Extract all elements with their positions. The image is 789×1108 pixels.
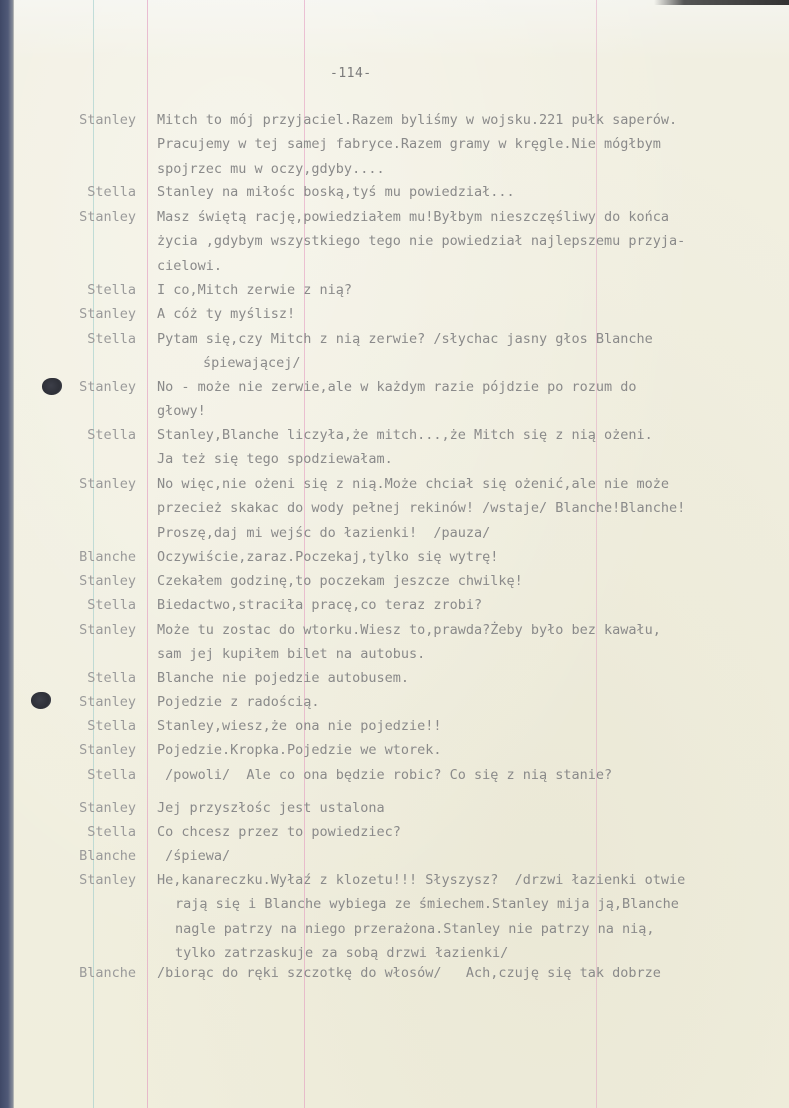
speech-line: Proszę,daj mi wejśc do łazienki! /pauza/	[157, 521, 787, 545]
speech-line: Pojedzie.Kropka.Pojedzie we wtorek.	[157, 738, 787, 762]
speech-line: Jej przyszłośc jest ustalona	[157, 796, 787, 820]
speech-line: przecież skakac do wody pełnej rekinów! …	[157, 496, 787, 520]
speech-text: Pojedzie z radością.	[157, 690, 787, 714]
speech-text: Może tu zostac do wtorku.Wiesz to,prawda…	[157, 618, 787, 667]
speech-line: /śpiewa/	[157, 844, 787, 868]
speech-line: A cóż ty myślisz!	[157, 302, 787, 326]
speech-text: Biedactwo,straciła pracę,co teraz zrobi?	[157, 593, 787, 617]
speech-text: A cóż ty myślisz!	[157, 302, 787, 326]
speech-line: nagle patrzy na niego przerażona.Stanley…	[157, 917, 787, 941]
speaker-name: Stanley	[0, 618, 136, 642]
speech-line: sam jej kupiłem bilet na autobus.	[157, 642, 787, 666]
speech-line: No więc,nie ożeni się z nią.Może chciał …	[157, 472, 787, 496]
typewritten-page: -114- StanleyMitch to mój przyjaciel.Raz…	[0, 0, 789, 1108]
speech-text: Co chcesz przez to powiedziec?	[157, 820, 787, 844]
speaker-name: Stella	[0, 278, 136, 302]
speech-text: Mitch to mój przyjaciel.Razem byliśmy w …	[157, 108, 787, 181]
speech-line: /powoli/ Ale co ona będzie robic? Co się…	[157, 763, 787, 787]
speech-text: /śpiewa/	[157, 844, 787, 868]
speech-line: Pracujemy w tej samej fabryce.Razem gram…	[157, 132, 787, 156]
speech-text: Pytam się,czy Mitch z nią zerwie? /słych…	[157, 327, 787, 376]
speech-text: /powoli/ Ale co ona będzie robic? Co się…	[157, 763, 787, 787]
speaker-name: Stella	[0, 593, 136, 617]
speech-text: Jej przyszłośc jest ustalona	[157, 796, 787, 820]
speech-text: No więc,nie ożeni się z nią.Może chciał …	[157, 472, 787, 545]
speaker-name: Stanley	[0, 205, 136, 229]
speaker-name: Stanley	[0, 302, 136, 326]
speech-line: Pojedzie z radością.	[157, 690, 787, 714]
speech-text: Oczywiście,zaraz.Poczekaj,tylko się wytr…	[157, 545, 787, 569]
speaker-name: Stanley	[0, 690, 136, 714]
speech-line: Ja też się tego spodziewałam.	[157, 447, 787, 471]
speech-text: /biorąc do ręki szczotkę do włosów/ Ach,…	[157, 961, 787, 985]
speaker-name: Stanley	[0, 796, 136, 820]
speech-line: Czekałem godzinę,to poczekam jeszcze chw…	[157, 569, 787, 593]
speech-text: Pojedzie.Kropka.Pojedzie we wtorek.	[157, 738, 787, 762]
speech-text: Stanley,wiesz,że ona nie pojedzie!!	[157, 714, 787, 738]
speech-line: /biorąc do ręki szczotkę do włosów/ Ach,…	[157, 961, 787, 985]
speaker-name: Stella	[0, 820, 136, 844]
speech-text: I co,Mitch zerwie z nią?	[157, 278, 787, 302]
speech-line: Stanley,wiesz,że ona nie pojedzie!!	[157, 714, 787, 738]
speaker-name: Stella	[0, 666, 136, 690]
speaker-name: Stella	[0, 327, 136, 351]
speech-line: rają się i Blanche wybiega ze śmiechem.S…	[157, 892, 787, 916]
speech-line: No - może nie zerwie,ale w każdym razie …	[157, 375, 787, 399]
speaker-name: Stanley	[0, 375, 136, 399]
speech-text: Stanley na miłośc boską,tyś mu powiedzia…	[157, 180, 787, 204]
speaker-name: Stella	[0, 423, 136, 447]
speech-text: Blanche nie pojedzie autobusem.	[157, 666, 787, 690]
speaker-name: Stanley	[0, 108, 136, 132]
speech-text: No - może nie zerwie,ale w każdym razie …	[157, 375, 787, 424]
speech-line: Biedactwo,straciła pracę,co teraz zrobi?	[157, 593, 787, 617]
speaker-name: Stella	[0, 763, 136, 787]
margin-guide-line	[147, 0, 148, 1108]
speech-line: I co,Mitch zerwie z nią?	[157, 278, 787, 302]
speech-line: życia ,gdybym wszystkiego tego nie powie…	[157, 229, 787, 253]
speaker-name: Stella	[0, 180, 136, 204]
speech-line: śpiewającej/	[157, 351, 787, 375]
speaker-name: Blanche	[0, 961, 136, 985]
speech-line: Masz świętą rację,powiedziałem mu!Byłbym…	[157, 205, 787, 229]
speaker-name: Blanche	[0, 844, 136, 868]
speech-text: He,kanareczku.Wyłaź z klozetu!!! Słyszys…	[157, 868, 787, 965]
speech-line: Pytam się,czy Mitch z nią zerwie? /słych…	[157, 327, 787, 351]
speaker-name: Stanley	[0, 868, 136, 892]
speaker-name: Blanche	[0, 545, 136, 569]
speaker-name: Stanley	[0, 472, 136, 496]
speech-text: Masz świętą rację,powiedziałem mu!Byłbym…	[157, 205, 787, 278]
speaker-name: Stanley	[0, 569, 136, 593]
speech-line: Co chcesz przez to powiedziec?	[157, 820, 787, 844]
speech-line: cielowi.	[157, 254, 787, 278]
speech-line: Stanley na miłośc boską,tyś mu powiedzia…	[157, 180, 787, 204]
speech-line: Blanche nie pojedzie autobusem.	[157, 666, 787, 690]
speech-text: Czekałem godzinę,to poczekam jeszcze chw…	[157, 569, 787, 593]
page-number: -114-	[330, 66, 372, 81]
speech-line: Oczywiście,zaraz.Poczekaj,tylko się wytr…	[157, 545, 787, 569]
speech-line: Może tu zostac do wtorku.Wiesz to,prawda…	[157, 618, 787, 642]
scan-corner-shadow	[654, 0, 789, 5]
speech-line: He,kanareczku.Wyłaź z klozetu!!! Słyszys…	[157, 868, 787, 892]
speech-line: spojrzec mu w oczy,gdyby....	[157, 157, 787, 181]
speaker-name: Stella	[0, 714, 136, 738]
speech-text: Stanley,Blanche liczyła,że mitch...,że M…	[157, 423, 787, 472]
speech-line: głowy!	[157, 399, 787, 423]
speaker-name: Stanley	[0, 738, 136, 762]
speech-line: Stanley,Blanche liczyła,że mitch...,że M…	[157, 423, 787, 447]
speech-line: Mitch to mój przyjaciel.Razem byliśmy w …	[157, 108, 787, 132]
